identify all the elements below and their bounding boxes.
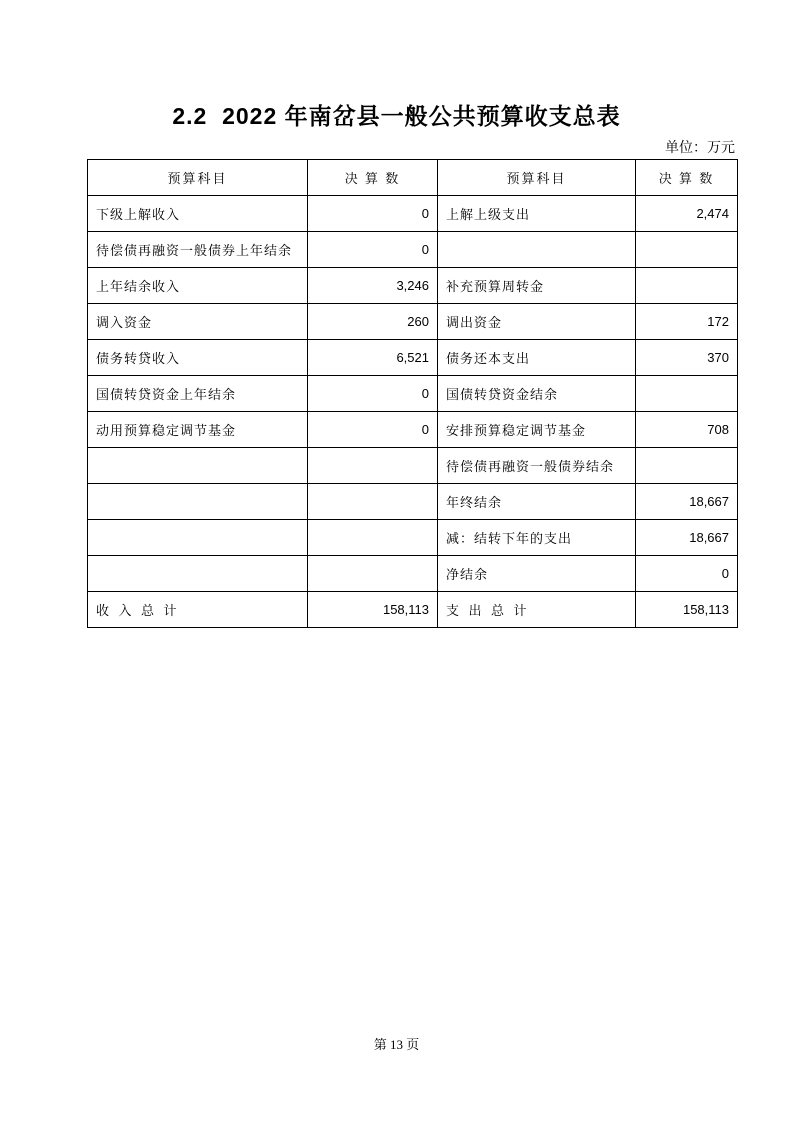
row-label-cell: 年终结余 [438,484,636,520]
row-label-cell: 债务转贷收入 [88,340,308,376]
row-label-cell: 调入资金 [88,304,308,340]
row-label-cell: 上解上级支出 [438,196,636,232]
total-expenditure-value-cell: 158,113 [636,592,738,628]
row-label-cell: 待偿债再融资一般债券上年结余 [88,232,308,268]
row-value-cell [308,448,438,484]
header-row: 预算科目 决 算 数 预算科目 决 算 数 [88,160,738,196]
row-value-cell [636,232,738,268]
row-value-cell: 18,667 [636,520,738,556]
row-label-cell [88,556,308,592]
row-label-cell: 补充预算周转金 [438,268,636,304]
total-row: 收 入 总 计 158,113 支 出 总 计 158,113 [88,592,738,628]
row-value-cell: 0 [308,376,438,412]
row-label-cell [88,520,308,556]
table-row: 待偿债再融资一般债券结余 [88,448,738,484]
row-label-cell: 净结余 [438,556,636,592]
row-label-cell: 上年结余收入 [88,268,308,304]
column-header-amount-left: 决 算 数 [308,160,438,196]
table-row: 调入资金 260 调出资金 172 [88,304,738,340]
row-label-cell: 安排预算稳定调节基金 [438,412,636,448]
table-row: 减：结转下年的支出 18,667 [88,520,738,556]
table-row: 待偿债再融资一般债券上年结余 0 [88,232,738,268]
row-value-cell [636,448,738,484]
row-label-cell [88,448,308,484]
column-header-amount-right: 决 算 数 [636,160,738,196]
total-revenue-value-cell: 158,113 [308,592,438,628]
row-label-cell: 减：结转下年的支出 [438,520,636,556]
row-value-cell: 260 [308,304,438,340]
row-value-cell: 2,474 [636,196,738,232]
row-value-cell: 18,667 [636,484,738,520]
total-expenditure-label-cell: 支 出 总 计 [438,592,636,628]
page-number: 第 13 页 [0,1034,793,1053]
table-row: 国债转贷资金上年结余 0 国债转贷资金结余 [88,376,738,412]
table-row: 债务转贷收入 6,521 债务还本支出 370 [88,340,738,376]
row-value-cell: 370 [636,340,738,376]
row-value-cell: 0 [636,556,738,592]
row-value-cell: 708 [636,412,738,448]
row-value-cell [308,556,438,592]
row-value-cell: 0 [308,196,438,232]
budget-summary-table: 预算科目 决 算 数 预算科目 决 算 数 下级上解收入 0 上解上级支出 2,… [87,159,738,628]
row-label-cell: 国债转贷资金结余 [438,376,636,412]
column-header-subject-right: 预算科目 [438,160,636,196]
row-value-cell: 0 [308,232,438,268]
row-value-cell [308,520,438,556]
row-value-cell: 172 [636,304,738,340]
table-row: 净结余 0 [88,556,738,592]
row-value-cell [308,484,438,520]
row-label-cell: 债务还本支出 [438,340,636,376]
column-header-subject-left: 预算科目 [88,160,308,196]
row-value-cell: 0 [308,412,438,448]
row-value-cell: 3,246 [308,268,438,304]
row-label-cell: 调出资金 [438,304,636,340]
row-label-cell: 国债转贷资金上年结余 [88,376,308,412]
page-title: 2.2 2022 年南岔县一般公共预算收支总表 [0,98,793,131]
table-row: 上年结余收入 3,246 补充预算周转金 [88,268,738,304]
row-label-cell: 待偿债再融资一般债券结余 [438,448,636,484]
row-label-cell: 动用预算稳定调节基金 [88,412,308,448]
table-row: 动用预算稳定调节基金 0 安排预算稳定调节基金 708 [88,412,738,448]
table-row: 下级上解收入 0 上解上级支出 2,474 [88,196,738,232]
unit-label: 单位：万元 [87,137,735,157]
row-value-cell [636,268,738,304]
row-value-cell: 6,521 [308,340,438,376]
row-label-cell [438,232,636,268]
total-revenue-label-cell: 收 入 总 计 [88,592,308,628]
document-page: 2.2 2022 年南岔县一般公共预算收支总表 单位：万元 预算科目 决 算 数… [0,0,793,1122]
row-label-cell: 下级上解收入 [88,196,308,232]
row-label-cell [88,484,308,520]
table-row: 年终结余 18,667 [88,484,738,520]
row-value-cell [636,376,738,412]
